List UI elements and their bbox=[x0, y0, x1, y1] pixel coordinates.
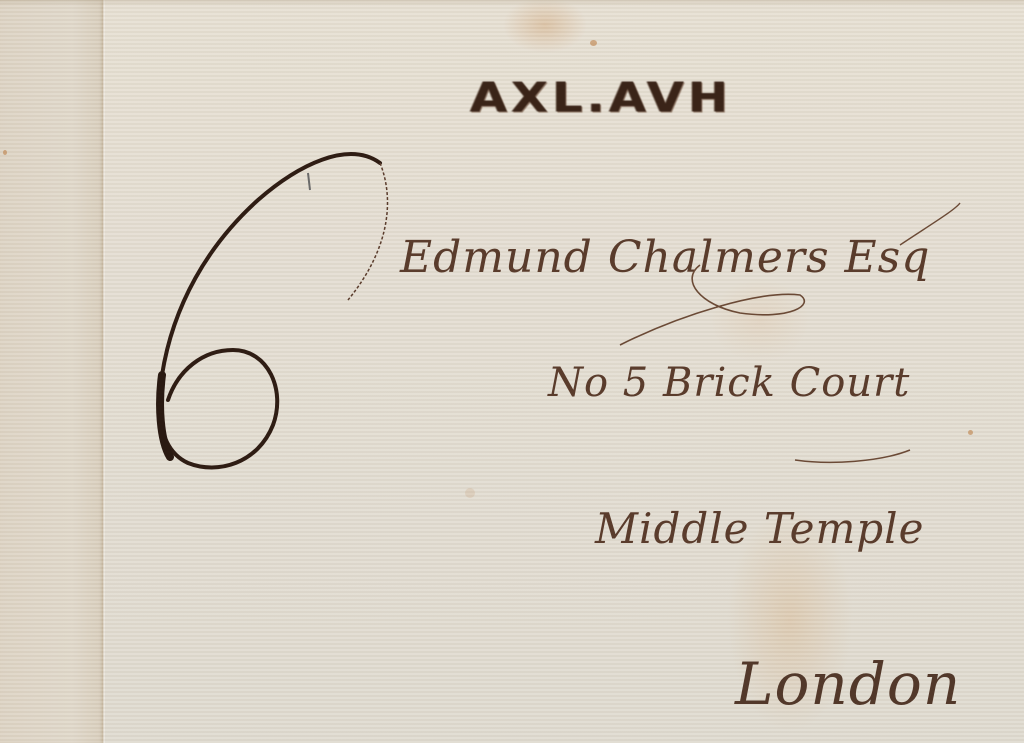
top-edge bbox=[0, 0, 1024, 6]
address-area: Middle Temple bbox=[595, 504, 924, 553]
foxing-spot bbox=[465, 488, 475, 498]
address-street: No 5 Brick Court bbox=[548, 360, 910, 406]
addressee-name: Edmund Chalmers Esq bbox=[400, 232, 930, 283]
foxing-spot bbox=[968, 430, 973, 435]
foxing-spot bbox=[590, 40, 597, 46]
fold-panel bbox=[0, 0, 103, 743]
street-underline bbox=[790, 440, 930, 470]
rate-mark-six bbox=[148, 145, 393, 475]
letter-cover: AXL.AVH Edmund Chalmers Esq No 5 Brick C… bbox=[0, 0, 1024, 743]
address-city: London bbox=[735, 650, 961, 718]
foxing-spot bbox=[3, 150, 7, 155]
fold-crease bbox=[102, 0, 105, 743]
postal-handstamp: AXL.AVH bbox=[470, 74, 732, 122]
